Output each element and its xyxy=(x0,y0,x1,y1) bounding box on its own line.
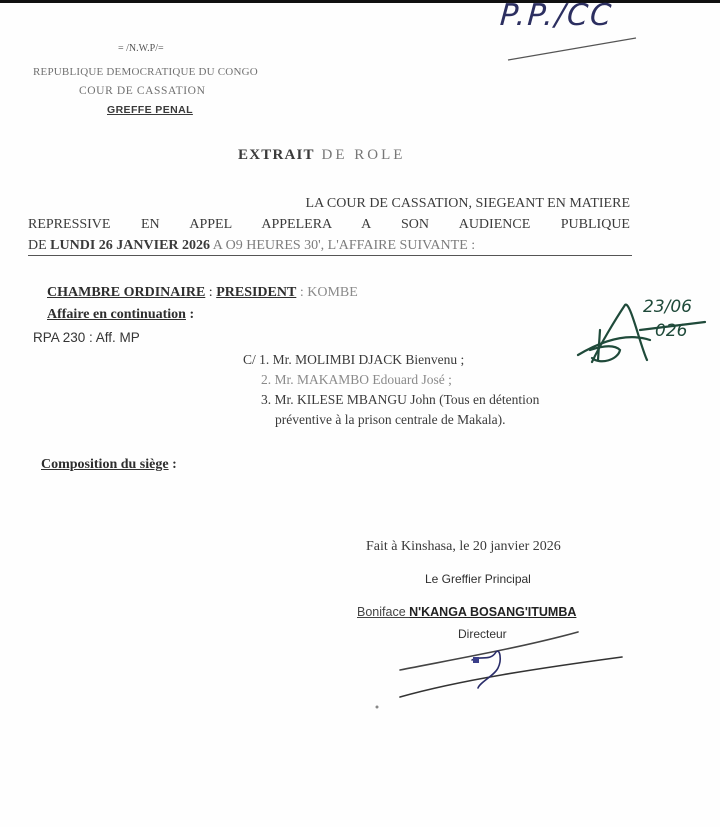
document-page: P.P./CC = /N.W.P/= REPUBLIQUE DEMOCRATIQ… xyxy=(0,0,720,827)
case-status-label: Affaire en continuation xyxy=(47,307,186,322)
case-status: Affaire en continuation : xyxy=(47,307,194,323)
annotation-date-top: 23/06 xyxy=(643,297,692,317)
intro-line-2: REPRESSIVE EN APPEL APPELERA A SON AUDIE… xyxy=(28,214,630,235)
accused-1: 1. Mr. MOLIMBI DJACK Bienvenu ; xyxy=(259,352,464,367)
title-light: DE ROLE xyxy=(315,147,406,163)
signer-role: Le Greffier Principal xyxy=(425,572,531,586)
annotation-date-bottom: 026 xyxy=(655,321,688,341)
signer-name: Boniface N'KANGA BOSANG'ITUMBA xyxy=(357,605,576,619)
place-date: Fait à Kinshasa, le 20 janvier 2026 xyxy=(366,539,561,555)
intro-line-3: DE LUNDI 26 JANVIER 2026 A O9 HEURES 30'… xyxy=(28,235,630,256)
case-number: RPA 230 : Aff. MP xyxy=(33,330,140,345)
title-bold: EXTRAIT xyxy=(238,147,315,163)
president-sep: : xyxy=(296,285,307,300)
parties-prefix: C/ xyxy=(243,352,259,367)
header-court: COUR DE CASSATION xyxy=(79,85,206,97)
signature xyxy=(400,632,622,697)
accused-item: C/ 1. Mr. MOLIMBI DJACK Bienvenu ; xyxy=(243,350,539,370)
signer-first-name: Boniface xyxy=(357,605,409,619)
composition-sep: : xyxy=(169,457,177,472)
signer-last-name: N'KANGA BOSANG'ITUMBA xyxy=(409,605,576,619)
chamber-label: CHAMBRE ORDINAIRE xyxy=(47,285,205,300)
chamber-line: CHAMBRE ORDINAIRE : PRESIDENT : KOMBE xyxy=(47,285,358,301)
case-status-sep: : xyxy=(186,307,194,322)
ink-dot xyxy=(376,706,379,709)
detention-note: préventive à la prison centrale de Makal… xyxy=(243,410,539,430)
header-country: REPUBLIQUE DEMOCRATIQUE DU CONGO xyxy=(33,66,258,78)
accused-item: 2. Mr. MAKAMBO Edouard José ; xyxy=(243,370,539,390)
reference-underline xyxy=(508,38,636,60)
composition-label: Composition du siège xyxy=(41,457,169,472)
accused-3: 3. Mr. KILESE MBANGU John (Tous en déten… xyxy=(261,392,539,407)
accused-item: 3. Mr. KILESE MBANGU John (Tous en déten… xyxy=(243,390,539,410)
accused-list: C/ 1. Mr. MOLIMBI DJACK Bienvenu ; 2. Mr… xyxy=(243,350,539,430)
annotation-scribble xyxy=(578,305,705,362)
composition-heading: Composition du siège : xyxy=(41,457,177,473)
header-registry: GREFFE PENAL xyxy=(107,104,193,116)
signer-title: Directeur xyxy=(458,627,507,641)
hearing-date: LUNDI 26 JANVIER 2026 xyxy=(50,238,210,253)
intro-line-3-prefix: DE xyxy=(28,238,50,253)
chamber-sep: : xyxy=(205,285,216,300)
intro-line-3-suffix: A O9 HEURES 30', L'AFFAIRE SUIVANTE : xyxy=(210,238,475,253)
intro-line-1: LA COUR DE CASSATION, SIEGEANT EN MATIER… xyxy=(28,193,630,214)
header-code: = /N.W.P/= xyxy=(118,43,164,54)
president-label: PRESIDENT xyxy=(216,285,296,300)
divider-rule xyxy=(28,255,632,256)
document-title: EXTRAIT DE ROLE xyxy=(238,147,405,164)
intro-paragraph: LA COUR DE CASSATION, SIEGEANT EN MATIER… xyxy=(28,193,630,256)
president-name: KOMBE xyxy=(307,285,358,300)
